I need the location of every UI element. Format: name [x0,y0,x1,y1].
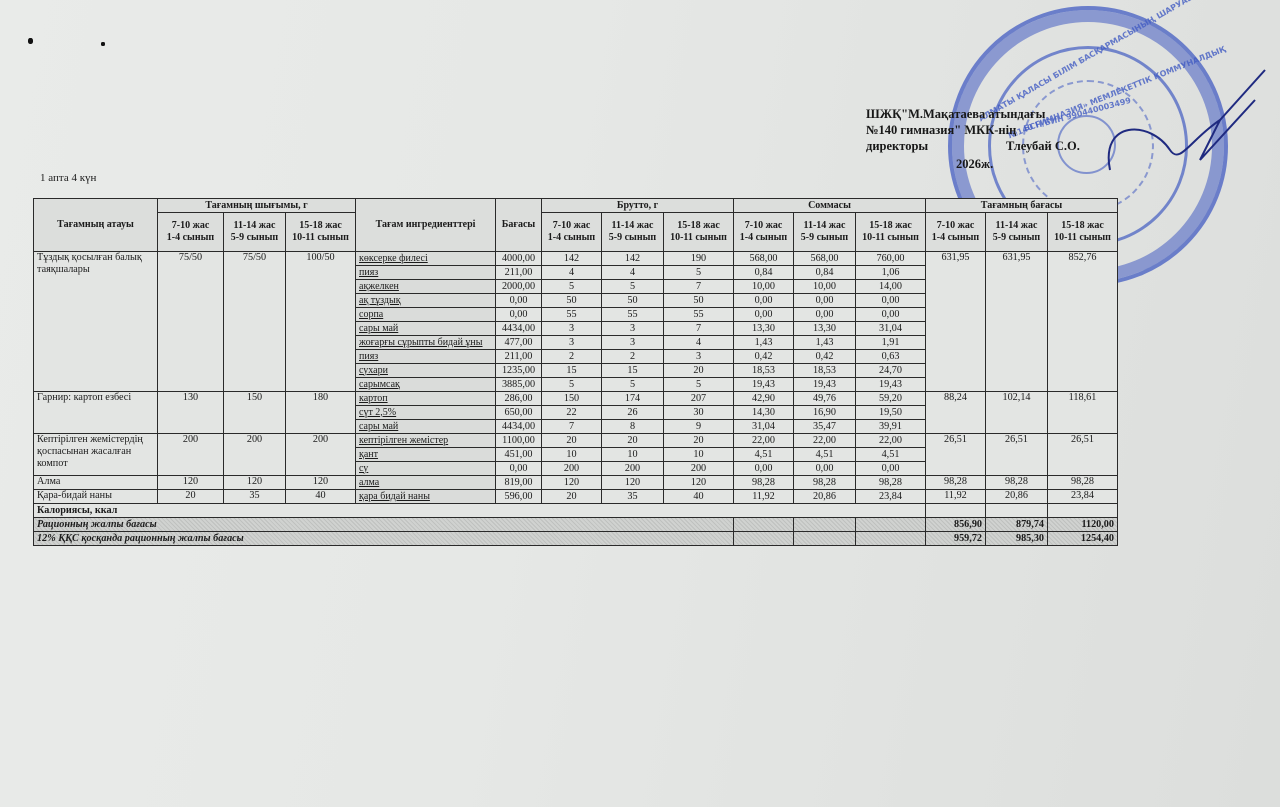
brutto-value: 5 [602,378,664,392]
director-name: Тлеубай С.О. [1006,138,1080,154]
director-signature [1080,60,1270,180]
ingredient-price: 0,00 [496,294,542,308]
brutto-value: 4 [664,336,734,350]
week-day-label: 1 апта 4 күн [40,172,96,184]
dish-output: 200 [158,434,224,476]
ingredient-price: 596,00 [496,490,542,504]
brutto-value: 55 [602,308,664,322]
dish-output: 35 [224,490,286,504]
sum-value: 0,00 [734,462,794,476]
dish-output: 20 [158,490,224,504]
ingredient-name: қара бидай наны [356,490,496,504]
dish-name: Кептірілген жемістердің қоспасынан жасал… [34,434,158,476]
header-age-group: 7-10 жас1-4 сынып [926,213,986,252]
sum-value: 18,53 [794,364,856,378]
ingredient-name: су [356,462,496,476]
sum-value: 568,00 [734,252,794,266]
calories-value [926,504,986,518]
brutto-value: 4 [602,266,664,280]
ingredient-name: ақ тұздық [356,294,496,308]
dish-output: 150 [224,392,286,434]
brutto-value: 20 [542,434,602,448]
ingredient-name: сүт 2,5% [356,406,496,420]
ingredient-price: 0,00 [496,308,542,322]
brutto-value: 10 [664,448,734,462]
approval-block: ШЖҚ"М.Мақатаева атындағы №140 гимназия" … [866,106,1045,154]
sum-value: 14,30 [734,406,794,420]
header-age-group: 15-18 жас10-11 сынып [856,213,926,252]
dish-output: 75/50 [224,252,286,392]
sum-value: 0,00 [734,308,794,322]
sum-value: 0,00 [856,462,926,476]
header-ingredients: Тағам ингредиенттері [356,199,496,252]
header-brutto-group: Брутто, г [542,199,734,213]
brutto-value: 5 [542,378,602,392]
brutto-value: 30 [664,406,734,420]
ingredient-name: пияз [356,266,496,280]
ingredient-price: 4434,00 [496,322,542,336]
total-price-value: 856,90 [926,518,986,532]
dish-name: Алма [34,476,158,490]
ingredient-price: 451,00 [496,448,542,462]
sum-value: 1,43 [794,336,856,350]
brutto-value: 142 [542,252,602,266]
sum-value: 0,00 [794,308,856,322]
ingredient-price: 286,00 [496,392,542,406]
header-age-group: 7-10 жас1-4 сынып [734,213,794,252]
total-sum-empty [734,518,794,532]
ingredient-price: 650,00 [496,406,542,420]
calories-row: Калориясы, ккал [34,504,1118,518]
calories-label: Калориясы, ккал [34,504,926,518]
approval-line-2: №140 гимназия" МКК-нің [866,122,1045,138]
dish-output: 120 [286,476,356,490]
sum-value: 35,47 [794,420,856,434]
dish-price-value: 98,28 [926,476,986,490]
brutto-value: 7 [664,280,734,294]
brutto-value: 26 [602,406,664,420]
brutto-value: 10 [602,448,664,462]
dish-output: 120 [158,476,224,490]
calories-value [1048,504,1118,518]
total-sum-empty [856,518,926,532]
sum-value: 22,00 [734,434,794,448]
sum-value: 4,51 [794,448,856,462]
sum-value: 0,42 [794,350,856,364]
brutto-value: 200 [542,462,602,476]
ingredient-name: сары май [356,322,496,336]
sum-value: 0,00 [794,294,856,308]
menu-table: Тағамның атауы Тағамның шығымы, г Тағам … [33,198,1118,546]
dish-price-value: 852,76 [1048,252,1118,392]
brutto-value: 15 [602,364,664,378]
dish-price-value: 118,61 [1048,392,1118,434]
table-row: Алма120120120алма819,0012012012098,2898,… [34,476,1118,490]
header-sum-group: Соммасы [734,199,926,213]
vat-price-label: 12% ҚҚС қосқанда рационның жалпы бағасы [34,532,734,546]
brutto-value: 200 [602,462,664,476]
brutto-value: 15 [542,364,602,378]
dish-price-value: 26,51 [986,434,1048,476]
ingredient-name: пияз [356,350,496,364]
ingredient-name: көксерке филесі [356,252,496,266]
header-dish-price-group: Тағамның бағасы [926,199,1118,213]
brutto-value: 20 [542,490,602,504]
sum-value: 1,91 [856,336,926,350]
sum-value: 19,50 [856,406,926,420]
header-age-group: 7-10 жас1-4 сынып [542,213,602,252]
approval-line-1: ШЖҚ"М.Мақатаева атындағы [866,106,1045,122]
dish-price-value: 26,51 [926,434,986,476]
header-age-group: 7-10 жас1-4 сынып [158,213,224,252]
ingredient-price: 477,00 [496,336,542,350]
header-age-group: 15-18 жас10-11 сынып [664,213,734,252]
ingredient-name: сарымсақ [356,378,496,392]
sum-value: 0,00 [734,294,794,308]
ingredient-price: 2000,00 [496,280,542,294]
brutto-value: 50 [542,294,602,308]
sum-value: 10,00 [794,280,856,294]
ingredient-price: 211,00 [496,350,542,364]
dish-price-value: 11,92 [926,490,986,504]
vat-price-value: 985,30 [986,532,1048,546]
dish-price-value: 102,14 [986,392,1048,434]
brutto-value: 3 [542,336,602,350]
sum-value: 0,84 [734,266,794,280]
total-price-row: Рационның жалпы бағасы856,90879,741120,0… [34,518,1118,532]
brutto-value: 5 [664,266,734,280]
sum-value: 19,43 [856,378,926,392]
dish-price-value: 98,28 [986,476,1048,490]
brutto-value: 7 [664,322,734,336]
ingredient-name: ақжелкен [356,280,496,294]
brutto-value: 5 [602,280,664,294]
brutto-value: 10 [542,448,602,462]
total-price-value: 879,74 [986,518,1048,532]
ingredient-price: 3885,00 [496,378,542,392]
brutto-value: 50 [664,294,734,308]
sum-value: 49,76 [794,392,856,406]
sum-value: 4,51 [856,448,926,462]
sum-value: 1,06 [856,266,926,280]
vat-price-value: 959,72 [926,532,986,546]
brutto-value: 50 [602,294,664,308]
total-price-value: 1120,00 [1048,518,1118,532]
sum-value: 98,28 [734,476,794,490]
ingredient-price: 4000,00 [496,252,542,266]
ingredient-name: сорпа [356,308,496,322]
brutto-value: 2 [542,350,602,364]
dish-output: 100/50 [286,252,356,392]
vat-sum-empty [734,532,794,546]
header-output-group: Тағамның шығымы, г [158,199,356,213]
header-age-group: 11-14 жас5-9 сынып [602,213,664,252]
header-age-group: 11-14 жас5-9 сынып [794,213,856,252]
sum-value: 13,30 [794,322,856,336]
brutto-value: 174 [602,392,664,406]
ingredient-price: 211,00 [496,266,542,280]
dish-price-value: 88,24 [926,392,986,434]
ingredient-price: 0,00 [496,462,542,476]
ingredient-price: 819,00 [496,476,542,490]
brutto-value: 120 [542,476,602,490]
dish-output: 130 [158,392,224,434]
dish-output: 40 [286,490,356,504]
brutto-value: 150 [542,392,602,406]
dish-output: 75/50 [158,252,224,392]
dish-output: 120 [224,476,286,490]
sum-value: 22,00 [794,434,856,448]
ingredient-name: жоғарғы сұрыпты бидай ұны [356,336,496,350]
brutto-value: 9 [664,420,734,434]
dish-name: Қара-бидай наны [34,490,158,504]
brutto-value: 20 [664,434,734,448]
sum-value: 13,30 [734,322,794,336]
sum-value: 39,91 [856,420,926,434]
approval-year: 2026ж. [956,156,993,172]
header-age-group: 11-14 жас5-9 сынып [986,213,1048,252]
sum-value: 98,28 [794,476,856,490]
sum-value: 0,00 [794,462,856,476]
brutto-value: 142 [602,252,664,266]
table-row: Гарнир: картоп езбесі130150180картоп286,… [34,392,1118,406]
ingredient-price: 4434,00 [496,420,542,434]
sum-value: 760,00 [856,252,926,266]
sum-value: 4,51 [734,448,794,462]
sum-value: 18,53 [734,364,794,378]
dish-output: 180 [286,392,356,434]
dish-name: Гарнир: картоп езбесі [34,392,158,434]
brutto-value: 190 [664,252,734,266]
sum-value: 59,20 [856,392,926,406]
dish-price-value: 98,28 [1048,476,1118,490]
header-dish-name: Тағамның атауы [34,199,158,252]
brutto-value: 5 [664,378,734,392]
dish-price-value: 631,95 [926,252,986,392]
dish-output: 200 [286,434,356,476]
total-sum-empty [794,518,856,532]
dish-name: Тұздық қосылған балық таяқшалары [34,252,158,392]
brutto-value: 55 [664,308,734,322]
table-row: Тұздық қосылған балық таяқшалары75/5075/… [34,252,1118,266]
ink-speck [28,38,33,44]
sum-value: 0,00 [856,294,926,308]
sum-value: 10,00 [734,280,794,294]
brutto-value: 207 [664,392,734,406]
brutto-value: 20 [664,364,734,378]
ingredient-name: алма [356,476,496,490]
brutto-value: 8 [602,420,664,434]
total-price-label: Рационның жалпы бағасы [34,518,734,532]
sum-value: 23,84 [856,490,926,504]
sum-value: 22,00 [856,434,926,448]
brutto-value: 40 [664,490,734,504]
brutto-value: 3 [602,336,664,350]
table-row: Кептірілген жемістердің қоспасынан жасал… [34,434,1118,448]
dish-price-value: 20,86 [986,490,1048,504]
sum-value: 1,43 [734,336,794,350]
brutto-value: 4 [542,266,602,280]
brutto-value: 20 [602,434,664,448]
sum-value: 0,63 [856,350,926,364]
vat-price-row: 12% ҚҚС қосқанда рационның жалпы бағасы9… [34,532,1118,546]
sum-value: 24,70 [856,364,926,378]
sum-value: 568,00 [794,252,856,266]
ingredient-name: картоп [356,392,496,406]
dish-output: 200 [224,434,286,476]
vat-sum-empty [856,532,926,546]
brutto-value: 55 [542,308,602,322]
ingredient-name: қант [356,448,496,462]
brutto-value: 3 [542,322,602,336]
dish-price-value: 26,51 [1048,434,1118,476]
sum-value: 0,84 [794,266,856,280]
sum-value: 31,04 [734,420,794,434]
brutto-value: 22 [542,406,602,420]
brutto-value: 3 [664,350,734,364]
sum-value: 0,42 [734,350,794,364]
calories-value [986,504,1048,518]
ingredient-price: 1100,00 [496,434,542,448]
sum-value: 31,04 [856,322,926,336]
ingredient-name: сары май [356,420,496,434]
brutto-value: 120 [664,476,734,490]
sum-value: 98,28 [856,476,926,490]
vat-sum-empty [794,532,856,546]
brutto-value: 2 [602,350,664,364]
sum-value: 14,00 [856,280,926,294]
header-age-group: 15-18 жас10-11 сынып [286,213,356,252]
sum-value: 11,92 [734,490,794,504]
ink-speck [101,42,105,46]
stamp-outer-text: АЛМАТЫ ҚАЛАСЫ БІЛІМ БАСҚАРМАСЫНЫҢ ШАРУАШ… [977,0,1207,123]
sum-value: 42,90 [734,392,794,406]
ingredient-name: сухари [356,364,496,378]
brutto-value: 7 [542,420,602,434]
header-age-group: 15-18 жас10-11 сынып [1048,213,1118,252]
sum-value: 16,90 [794,406,856,420]
header-price: Бағасы [496,199,542,252]
brutto-value: 200 [664,462,734,476]
sum-value: 19,43 [734,378,794,392]
brutto-value: 3 [602,322,664,336]
sum-value: 0,00 [856,308,926,322]
sum-value: 19,43 [794,378,856,392]
vat-price-value: 1254,40 [1048,532,1118,546]
ingredient-name: кептірілген жемістер [356,434,496,448]
brutto-value: 120 [602,476,664,490]
dish-price-value: 23,84 [1048,490,1118,504]
header-age-group: 11-14 жас5-9 сынып [224,213,286,252]
table-row: Қара-бидай наны203540қара бидай наны596,… [34,490,1118,504]
sum-value: 20,86 [794,490,856,504]
brutto-value: 35 [602,490,664,504]
brutto-value: 5 [542,280,602,294]
ingredient-price: 1235,00 [496,364,542,378]
dish-price-value: 631,95 [986,252,1048,392]
